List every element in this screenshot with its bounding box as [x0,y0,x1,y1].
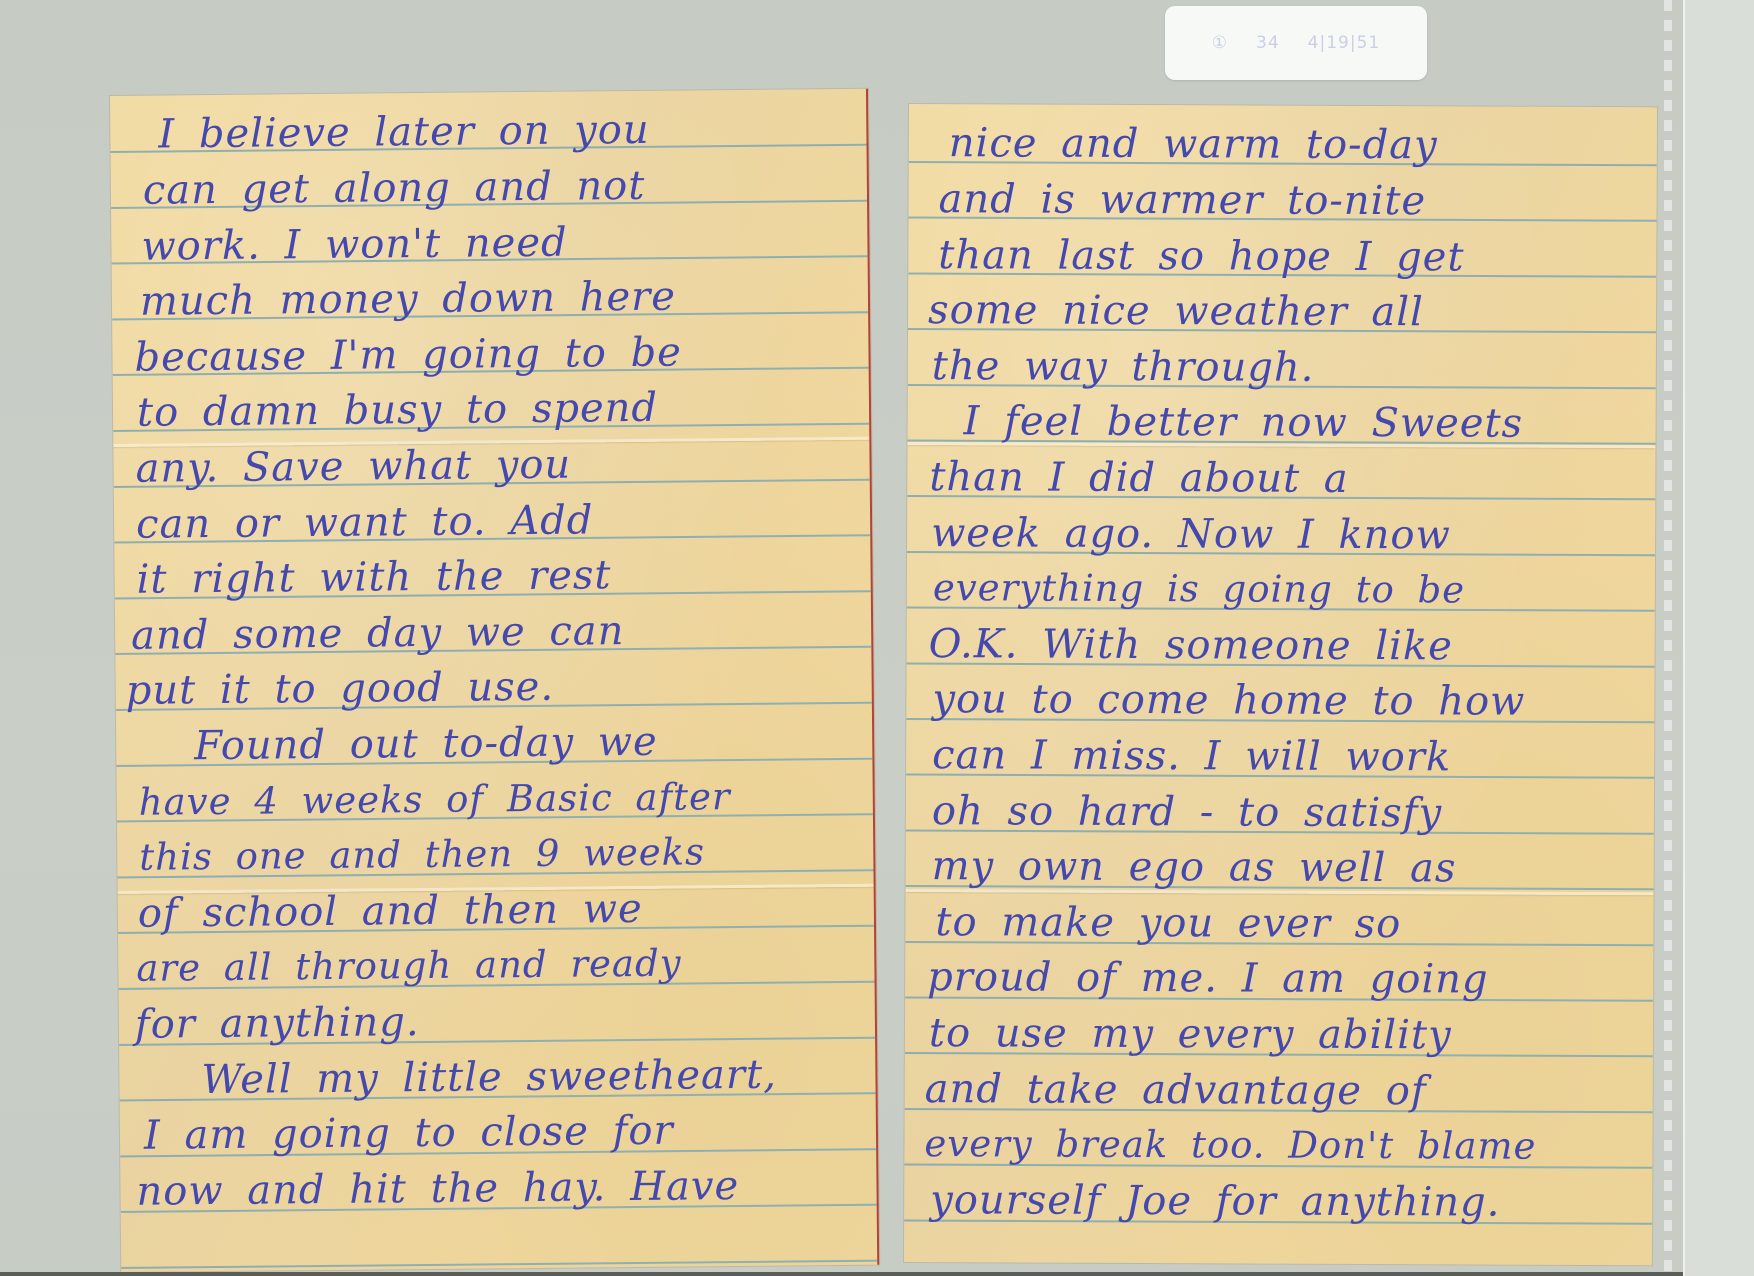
handwritten-line: you to come home to how [932,674,1525,727]
archival-sleeve-strip [1683,0,1754,1276]
handwritten-line: to make you ever so [935,897,1401,949]
label-mark-right: 4|19|51 [1308,33,1381,53]
handwritten-line: every break too. Don't blame [924,1119,1536,1172]
handwritten-line: and is warmer to-nite [938,174,1426,226]
handwritten-line: this one and then 9 weeks [139,827,705,882]
handwritten-line: everything is going to be [933,563,1465,615]
handwritten-line: than last so hope I get [938,230,1464,282]
handwritten-line: and take advantage of [925,1064,1427,1116]
handwritten-line: Well my little sweetheart, [201,1050,777,1106]
handwritten-line: my own ego as well as [932,841,1457,893]
handwritten-line: for anything. [135,997,420,1050]
handwritten-line: to use my every ability [929,1008,1452,1060]
handwritten-line: week ago. Now I know [931,508,1451,560]
handwritten-line: I feel better now Sweets [964,396,1524,448]
handwritten-line: any. Save what you [135,440,571,494]
handwritten-line: I believe later on you [158,105,650,160]
handwritten-line: the way through. [932,341,1315,393]
letter-page-left: I believe later on you can get along and… [110,89,879,1272]
handwritten-line: oh so hard - to satisfy [932,786,1442,838]
handwritten-line: of school and then we [138,884,643,939]
handwritten-line: O.K. With someone like [929,619,1453,671]
handwritten-line: proud of me. I am going [927,952,1489,1004]
handwritten-line: yourself Joe for anything. [930,1175,1500,1227]
scanner-edge-shadow [0,1272,1683,1276]
handwritten-line: and some day we can [131,606,625,661]
label-mark-left: ① [1212,33,1228,53]
archive-label-sticker: ① 34 4|19|51 [1165,6,1427,80]
handwritten-line: can I miss. I will work [932,730,1451,782]
handwritten-line: much money down here [140,272,676,327]
handwritten-line: nice and warm to-day [949,118,1438,170]
handwritten-line: work. I won't need [141,218,568,272]
letter-page-right: nice and warm to-day and is warmer to-ni… [904,104,1657,1265]
handwritten-line: it right with the rest [136,550,611,605]
handwritten-line: to damn busy to spend [137,383,658,438]
handwritten-line: Found out to-day we [194,717,658,771]
handwritten-line: can get along and not [143,161,646,216]
handwritten-line: now and hit the hay. Have [136,1161,739,1217]
handwritten-line: than I did about a [929,452,1349,504]
handwritten-line: some nice weather all [928,285,1424,337]
handwritten-line: I am going to close for [144,1106,674,1161]
handwritten-line: have 4 weeks of Basic after [139,772,731,828]
handwritten-line: because I'm going to be [134,328,682,383]
handwritten-line: can or want to. Add [136,495,594,549]
sleeve-perforation [1664,0,1672,1276]
handwritten-line: are all through and ready [136,939,682,994]
handwritten-line: put it to good use. [125,662,554,716]
label-mark-mid: 34 [1256,33,1280,53]
